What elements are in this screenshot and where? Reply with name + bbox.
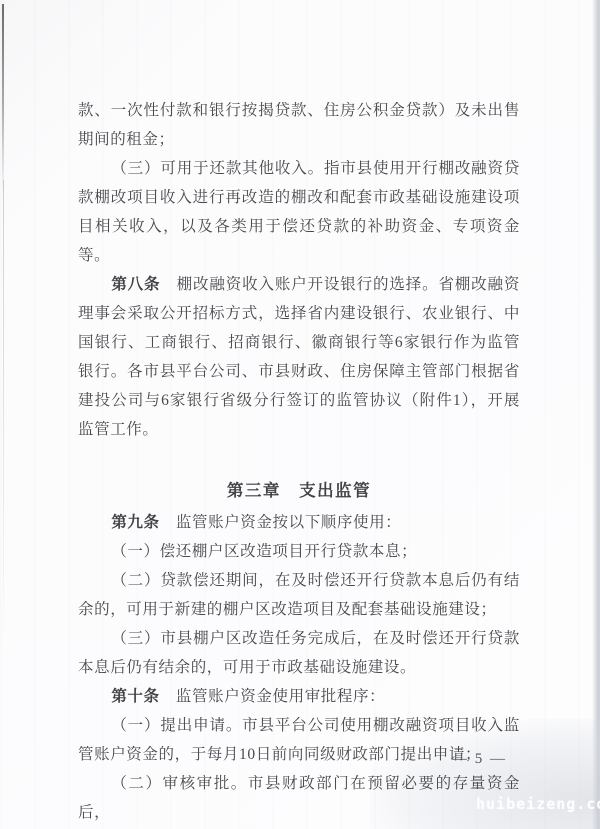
scanned-document-page: 款、一次性付款和银行按揭贷款、住房公积金贷款）及未出售期间的租金； （三）可用于… bbox=[0, 0, 600, 829]
paragraph-item-1-repay: （一）偿还棚户区改造项目开行贷款本息； bbox=[78, 537, 520, 566]
document-body: 款、一次性付款和银行按揭贷款、住房公积金贷款）及未出售期间的租金； （三）可用于… bbox=[0, 0, 600, 827]
page-number: — 5 — bbox=[452, 751, 507, 768]
chapter-number: 第三章 bbox=[227, 482, 281, 500]
article-10-text: 监管账户资金使用审批程序： bbox=[176, 688, 385, 705]
watermark-text: huibeizeng.com bbox=[476, 795, 600, 813]
paragraph-item-2-review: （二）审核审批。市县财政部门在预留必要的存量资金后， bbox=[78, 769, 520, 827]
paragraph-article-10: 第十条监管账户资金使用审批程序： bbox=[78, 682, 520, 711]
article-8-text: 棚改融资收入账户开设银行的选择。省棚改融资理事会采取公开招标方式，选择省内建设银… bbox=[78, 276, 520, 438]
paragraph-item-3-income: （三）可用于还款其他收入。指市县使用开行棚改融资贷款棚改项目收入进行再改造的棚改… bbox=[78, 154, 520, 270]
article-9-text: 监管账户资金按以下顺序使用： bbox=[176, 514, 401, 531]
article-9-term: 第九条 bbox=[111, 514, 159, 531]
chapter-heading: 第三章支出监管 bbox=[78, 477, 520, 506]
paragraph-continuation: 款、一次性付款和银行按揭贷款、住房公积金贷款）及未出售期间的租金； bbox=[78, 96, 520, 154]
chapter-title: 支出监管 bbox=[299, 482, 371, 500]
paragraph-item-3-completed: （三）市县棚户区改造任务完成后，在及时偿还开行贷款本息后仍有结余的，可用于市政基… bbox=[78, 624, 520, 682]
paragraph-article-9: 第九条监管账户资金按以下顺序使用： bbox=[78, 508, 520, 537]
paragraph-article-8: 第八条棚改融资收入账户开设银行的选择。省棚改融资理事会采取公开招标方式，选择省内… bbox=[78, 270, 520, 444]
article-8-term: 第八条 bbox=[111, 276, 160, 293]
article-10-term: 第十条 bbox=[111, 688, 159, 705]
paragraph-item-2-surplus: （二）贷款偿还期间，在及时偿还开行贷款本息后仍有结余的，可用于新建的棚户区改造项… bbox=[78, 566, 520, 624]
